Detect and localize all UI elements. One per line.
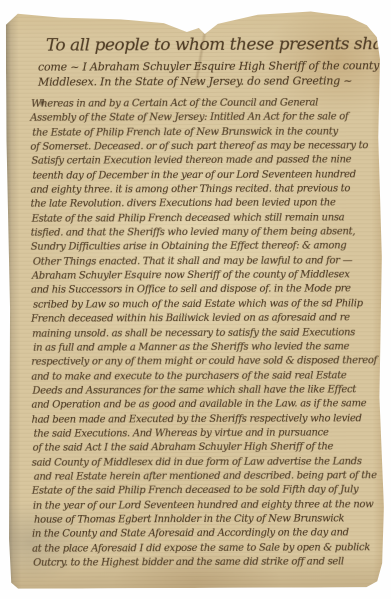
manuscript-line: Sundry Difficulties arise in Obtaining t… [31,240,384,256]
manuscript-line: teenth day of December in the year of ou… [32,168,383,184]
manuscript-line: and his Successors in Office to sell and… [31,283,384,299]
manuscript-line: in the year of our Lord Seventeen hundre… [33,498,385,514]
manuscript-line: said County of Middlesex did in due form… [32,455,385,471]
manuscript-body: Whereas in and by a Certain Act of the C… [30,96,385,571]
manuscript-line: in the County and State Aforesaid and Ac… [32,526,385,542]
manuscript-line: scribed by Law so much of the said Estat… [33,297,384,313]
manuscript-line: in as full and ample a Manner as the She… [33,340,384,356]
manuscript-line: respectively or any of them might or cou… [31,354,384,370]
manuscript-heading: To all people to whom these presents sha… [46,31,383,58]
manuscript-line: the said Executions. And Whereas by virt… [34,426,385,442]
manuscript-line: the late Revolution. divers Executions h… [31,197,384,213]
photo-background: To all people to whom these presents sha… [0,0,391,599]
manuscript-line: and Operation and be as good and availab… [31,397,384,413]
manuscript-line: of the said Act I the said Abraham Schuy… [33,440,385,456]
manuscript-line: had been made and Executed by the Sherif… [32,412,385,428]
manuscript-line: Other Things enacted. That it shall and … [33,254,384,270]
manuscript-line: house of Thomas Egbert Innholder in the … [34,512,385,528]
manuscript-line: tisfied. and that the Sheriffs who levie… [31,225,384,241]
manuscript-line: Assembly of the State of New Jersey: Int… [30,111,383,127]
manuscript-line: French deceased within his Bailiwick lev… [31,311,384,327]
manuscript-line: of Somerset. Deceased. or of such part t… [30,139,383,155]
manuscript-line: and real Estate herein after mentioned a… [34,469,385,485]
manuscript-line: and eighty three. it is among other Thin… [31,182,384,198]
manuscript-line: maining unsold. as shall be necessary to… [32,326,384,342]
manuscript-line: Whereas in and by a Certain Act of the C… [31,96,383,112]
manuscript-opening: come ~ I Abraham Schuyler Esquire High S… [30,58,383,90]
manuscript-line: Middlesex. In the State of New Jersey. d… [38,73,383,90]
manuscript-line: the Estate of Philip French late of New … [32,125,383,141]
manuscript-line: come ~ I Abraham Schuyler Esquire High S… [38,58,383,75]
manuscript-line: Estate of the said Philip French decease… [32,483,385,499]
manuscript-text: To all people to whom these presents sha… [30,31,385,589]
manuscript-line: Outcry. to the Highest bidder and the sa… [33,555,385,571]
manuscript-line: Deeds and Assurances for the same which … [32,383,384,399]
manuscript-line: Estate of the said Philip French decease… [32,211,384,227]
manuscript-line: at the place Aforesaid I did expose the … [32,541,385,557]
manuscript-line: Satisfy certain Execution levied thereon… [31,154,383,170]
manuscript-line: Abraham Schuyler Esquire now Sheriff of … [32,268,384,284]
manuscript-paper: To all people to whom these presents sha… [6,7,386,589]
manuscript-line: and to make and execute to the purchaser… [31,369,384,385]
